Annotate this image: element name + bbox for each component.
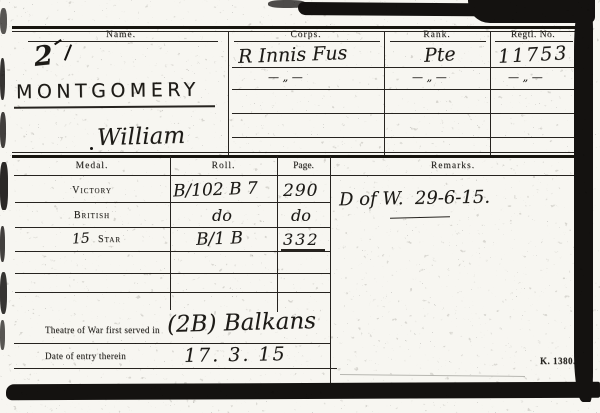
victory-roll-value: B/102 B 7: [173, 179, 258, 202]
medal-star-label: Star: [98, 234, 121, 245]
medal-row-line-4: [15, 273, 330, 274]
remarks-handwriting: D of W. 29-6-15.: [339, 187, 490, 211]
rank-header-underline: [390, 41, 486, 42]
scan-artifact-left-2: [0, 58, 5, 100]
forename-handwriting: William: [97, 123, 186, 151]
divider-page-remarks: [330, 156, 331, 388]
divider-medal-roll: [170, 156, 171, 310]
scan-artifact-left-5: [0, 226, 5, 262]
remarks-underline: [390, 216, 450, 219]
date-row-line: [14, 368, 337, 369]
form-reference: K. 1380.: [540, 356, 576, 366]
date-of-entry-label: Date of entry therein: [45, 351, 126, 361]
name-column-header: Name.: [14, 30, 228, 40]
scan-artifact-left-7: [0, 320, 5, 350]
date-of-entry-value: 17. 3. 15: [184, 343, 287, 367]
scan-artifact-left-3: [0, 112, 6, 148]
british-roll-value: do: [212, 206, 232, 225]
surname-underline: [14, 105, 215, 108]
forename-leading-dot: [90, 147, 93, 150]
victory-page-value: 290: [283, 181, 318, 201]
scan-artifact-bottom-band: [6, 382, 600, 401]
medal-row-line-3: [15, 251, 330, 252]
top-row-line-3: [232, 113, 575, 114]
medal-header-underline: [14, 175, 576, 176]
medal-row-line-5: [15, 292, 330, 293]
page-column-header: Page.: [277, 161, 330, 171]
british-page-value: do: [291, 206, 311, 225]
corps-header-underline: [234, 41, 380, 42]
remarks-column-header: Remarks.: [330, 161, 576, 171]
top-row-line-4: [232, 137, 575, 138]
section-divider-thin: [12, 152, 578, 153]
medal-row-line-2: [15, 227, 330, 228]
medal-column-header: Medal.: [14, 161, 170, 171]
top-row-line-1: [232, 67, 575, 68]
scan-artifact-top-blob: [268, 0, 306, 8]
divider-roll-page: [277, 156, 278, 312]
star-page-value: 332: [283, 230, 320, 249]
rank-handwriting: Pte: [423, 43, 456, 67]
scribble-stroke: [64, 44, 72, 61]
scan-artifact-faint-line: [340, 374, 525, 377]
medal-british-label: British: [14, 210, 170, 221]
scan-artifact-left-6: [0, 272, 7, 314]
medal-row-line-1: [15, 202, 330, 203]
star-roll-value: B/1 B: [196, 228, 244, 250]
regtl-no-handwriting: 11753: [497, 42, 569, 68]
medal-star-prefix: 15: [71, 230, 90, 247]
card-top-border: [12, 26, 578, 29]
corps-handwriting: R Innis Fus: [238, 42, 348, 68]
rank-column-header: Rank.: [384, 30, 490, 40]
regtl-no-column-header: Regtl. No.: [490, 30, 576, 40]
theatre-of-war-label: Theatre of War first served in: [45, 325, 160, 335]
scan-artifact-left-1: [0, 8, 7, 34]
surname-handwriting: MONTGOMERY: [16, 79, 200, 104]
rank-ditto-mark: — „ —: [412, 71, 447, 84]
top-row-line-2: [232, 89, 575, 90]
surname-scribble: 2: [32, 40, 54, 73]
star-page-underline: [281, 249, 325, 251]
regtl-ditto-mark: — „ —: [508, 71, 543, 84]
corps-ditto-mark: — „ —: [268, 71, 303, 84]
scan-artifact-left-4: [0, 162, 8, 210]
medal-victory-label: Victory: [14, 185, 170, 196]
corps-column-header: Corps.: [228, 30, 384, 40]
roll-column-header: Roll.: [170, 161, 277, 171]
divider-name-corps: [228, 31, 229, 156]
medal-index-card-scan: Name. Corps. Rank. Regtl. No. 2 MONTGOME…: [0, 0, 600, 413]
scan-artifact-right-band: [574, 10, 593, 402]
section-divider-thick: [12, 155, 578, 158]
theatre-of-war-value: (2B) Balkans: [167, 308, 317, 338]
